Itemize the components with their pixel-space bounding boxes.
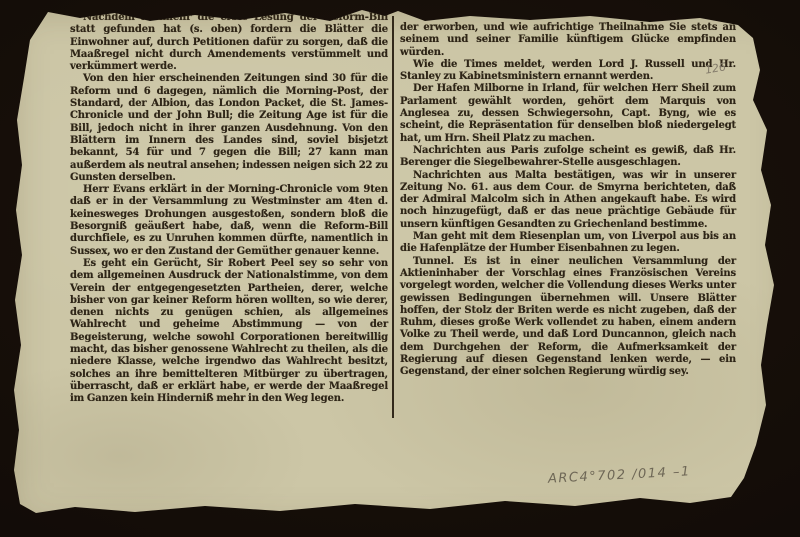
photo-background: Nachdem nunmehr die erste Lesung der Ref… bbox=[0, 0, 800, 537]
left-paragraph-2: Von den hier erscheinenden Zeitungen sin… bbox=[70, 73, 388, 184]
left-paragraph-3: Herr Evans erklärt in der Morning-Chroni… bbox=[70, 184, 388, 258]
right-text-column: der erworben, und wie aufrichtige Theiln… bbox=[400, 22, 736, 379]
right-paragraph-3: Der Hafen Milborne in Irland, für welche… bbox=[400, 83, 736, 144]
right-paragraph-2: Wie die Times meldet, werden Lord J. Rus… bbox=[400, 59, 736, 84]
left-paragraph-4: Es geht ein Gerücht, Sir Robert Peel sey… bbox=[70, 258, 388, 406]
left-text-column: Nachdem nunmehr die erste Lesung der Ref… bbox=[70, 12, 388, 406]
right-paragraph-4: Nachrichten aus Paris zufolge scheint es… bbox=[400, 145, 736, 170]
left-paragraph-1: Nachdem nunmehr die erste Lesung der Ref… bbox=[70, 12, 388, 73]
right-paragraph-7: Tunnel. Es ist in einer neulichen Versam… bbox=[400, 256, 736, 379]
right-paragraph-6: Man geht mit dem Riesenplan um, von Live… bbox=[400, 231, 736, 256]
right-paragraph-5: Nachrichten aus Malta bestätigen, was wi… bbox=[400, 170, 736, 231]
newspaper-clipping: Nachdem nunmehr die erste Lesung der Ref… bbox=[0, 0, 800, 537]
right-paragraph-1: der erworben, und wie aufrichtige Theiln… bbox=[400, 22, 736, 59]
pencil-shelfmark: ARC4°702 /014 –1 bbox=[548, 464, 691, 486]
column-divider-rule bbox=[392, 16, 394, 418]
